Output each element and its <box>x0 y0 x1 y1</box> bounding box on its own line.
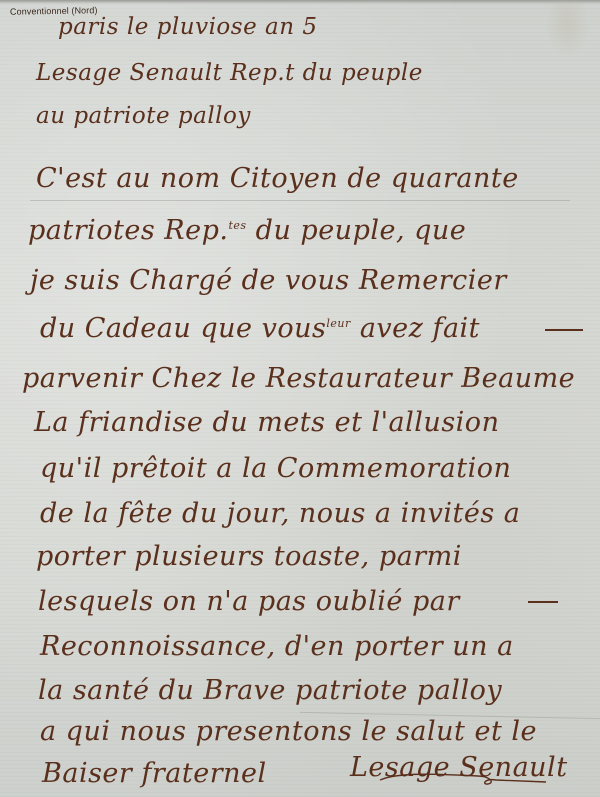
body-line: la santé du Brave patriote palloy <box>38 675 502 706</box>
body-line-part: patriotes Rep. <box>28 215 228 246</box>
body-line: de la fête du jour, nous a invités a <box>40 498 520 529</box>
body-line-part: du peuple, que <box>256 215 467 246</box>
body-line: parvenir Chez le Restaurateur Beaume <box>22 363 575 394</box>
body-line: C'est au nom Citoyen de quarante <box>36 163 519 194</box>
paper-stain <box>545 0 590 60</box>
body-line: a qui nous presentons le salut et le <box>40 716 537 747</box>
body-line: lesquels on n'a pas oublié par <box>38 586 460 617</box>
sender-line: Lesage Senault Rep.t du peuple <box>36 60 423 86</box>
body-line-part: du Cadeau que vous <box>40 313 326 344</box>
superscript-abbrev: tes <box>228 219 246 232</box>
recipient-line: au patriote palloy <box>36 103 251 129</box>
manuscript-page: Conventionnel (Nord) paris le pluviose a… <box>0 0 600 797</box>
body-line: porter plusieurs toaste, parmi <box>36 541 462 572</box>
body-line: Reconnoissance, d'en porter un a <box>40 631 514 662</box>
body-line: du Cadeau que vousleur avez fait <box>40 313 480 344</box>
superscript-insert: leur <box>326 317 350 330</box>
body-line-part: avez fait <box>360 313 480 344</box>
body-line: patriotes Rep.tes du peuple, que <box>28 215 466 246</box>
signature-flourish <box>378 772 548 786</box>
body-line: qu'il prêtoit a la Commemoration <box>40 453 511 484</box>
line-filler-dash <box>545 329 583 331</box>
place-date-line: paris le pluviose an 5 <box>58 14 317 40</box>
body-line: Baiser fraternel <box>42 758 267 789</box>
body-line: La friandise du mets et l'allusion <box>34 407 499 438</box>
line-filler-dash <box>528 601 558 603</box>
paper-crease <box>30 200 570 201</box>
body-line: je suis Chargé de vous Remercier <box>30 265 507 296</box>
paper-top-edge <box>0 0 600 4</box>
